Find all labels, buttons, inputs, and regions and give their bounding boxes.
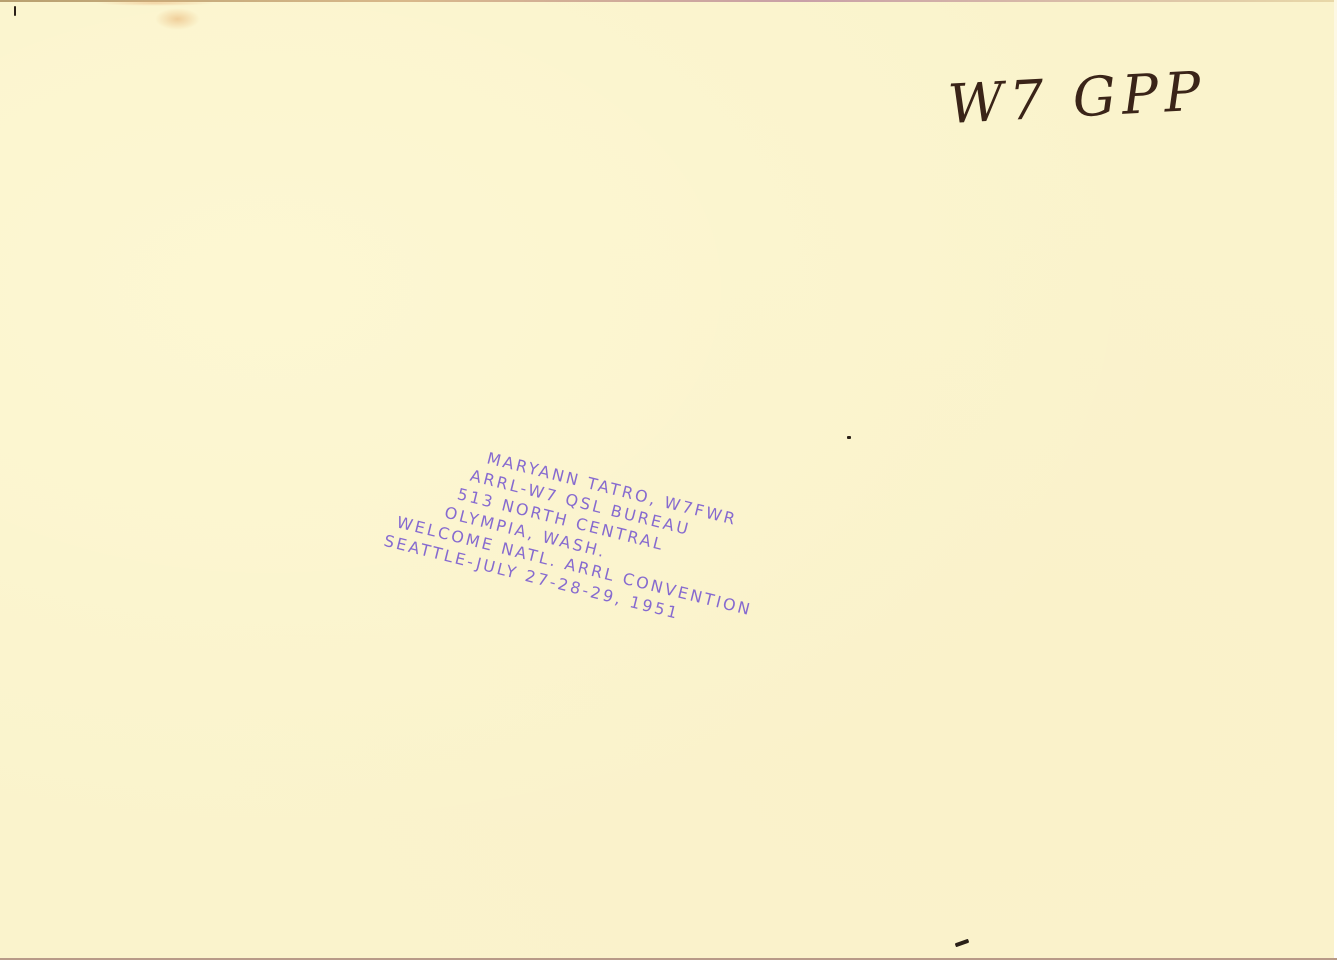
paper-speck [847,436,851,439]
stain-mark [95,0,215,6]
paper-speck [14,6,16,16]
paper-speck [955,939,970,948]
stain-mark [155,8,200,30]
qsl-bureau-stamp: MARYANN TATRO, W7FWR ARRL-W7 QSL BUREAU … [390,430,775,641]
handwritten-callsign: W7 GPP [947,64,1208,131]
qsl-card-back: W7 GPP MARYANN TATRO, W7FWR ARRL-W7 QSL … [0,0,1337,960]
